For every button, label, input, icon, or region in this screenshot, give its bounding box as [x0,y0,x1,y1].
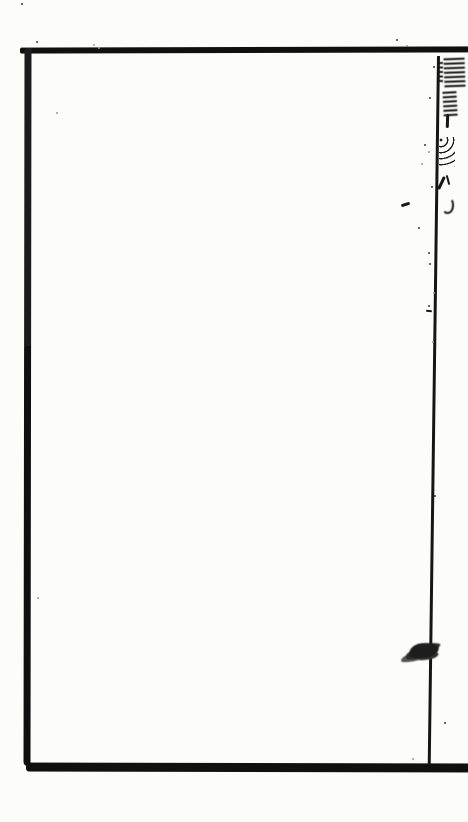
margin-glyph-0 [443,56,465,88]
speck-11 [421,163,423,165]
speck-0 [21,3,23,5]
frame-border-left [23,48,31,766]
speck-17 [428,305,430,307]
speck-21 [444,722,446,724]
margin-glyph-4 [439,137,455,167]
frame-border-bottom [26,763,468,773]
margin-glyph-2 [442,90,457,117]
inner-rule-right [428,56,440,764]
speck-14 [428,252,430,254]
speck-1 [36,41,38,43]
scanned-page [0,0,468,822]
speck-2 [93,44,95,46]
speck-22 [412,758,414,760]
speck-12 [431,186,433,188]
speck-10 [428,151,430,153]
stray-mark-0 [401,202,410,208]
stray-mark-1 [408,641,440,660]
speck-9 [424,144,426,146]
speck-19 [434,495,436,497]
margin-glyph-3 [446,114,449,128]
speck-8 [429,97,431,99]
margin-glyph-5 [437,176,446,190]
margin-glyph-7 [442,198,454,214]
margin-glyph-6 [446,175,451,185]
speck-13 [418,227,420,229]
speck-6 [56,112,58,114]
speck-20 [37,597,39,599]
speck-7 [433,66,435,68]
frame-border-top [20,46,468,53]
speck-15 [429,263,431,265]
stray-mark-2 [426,310,432,313]
speck-4 [396,39,398,41]
